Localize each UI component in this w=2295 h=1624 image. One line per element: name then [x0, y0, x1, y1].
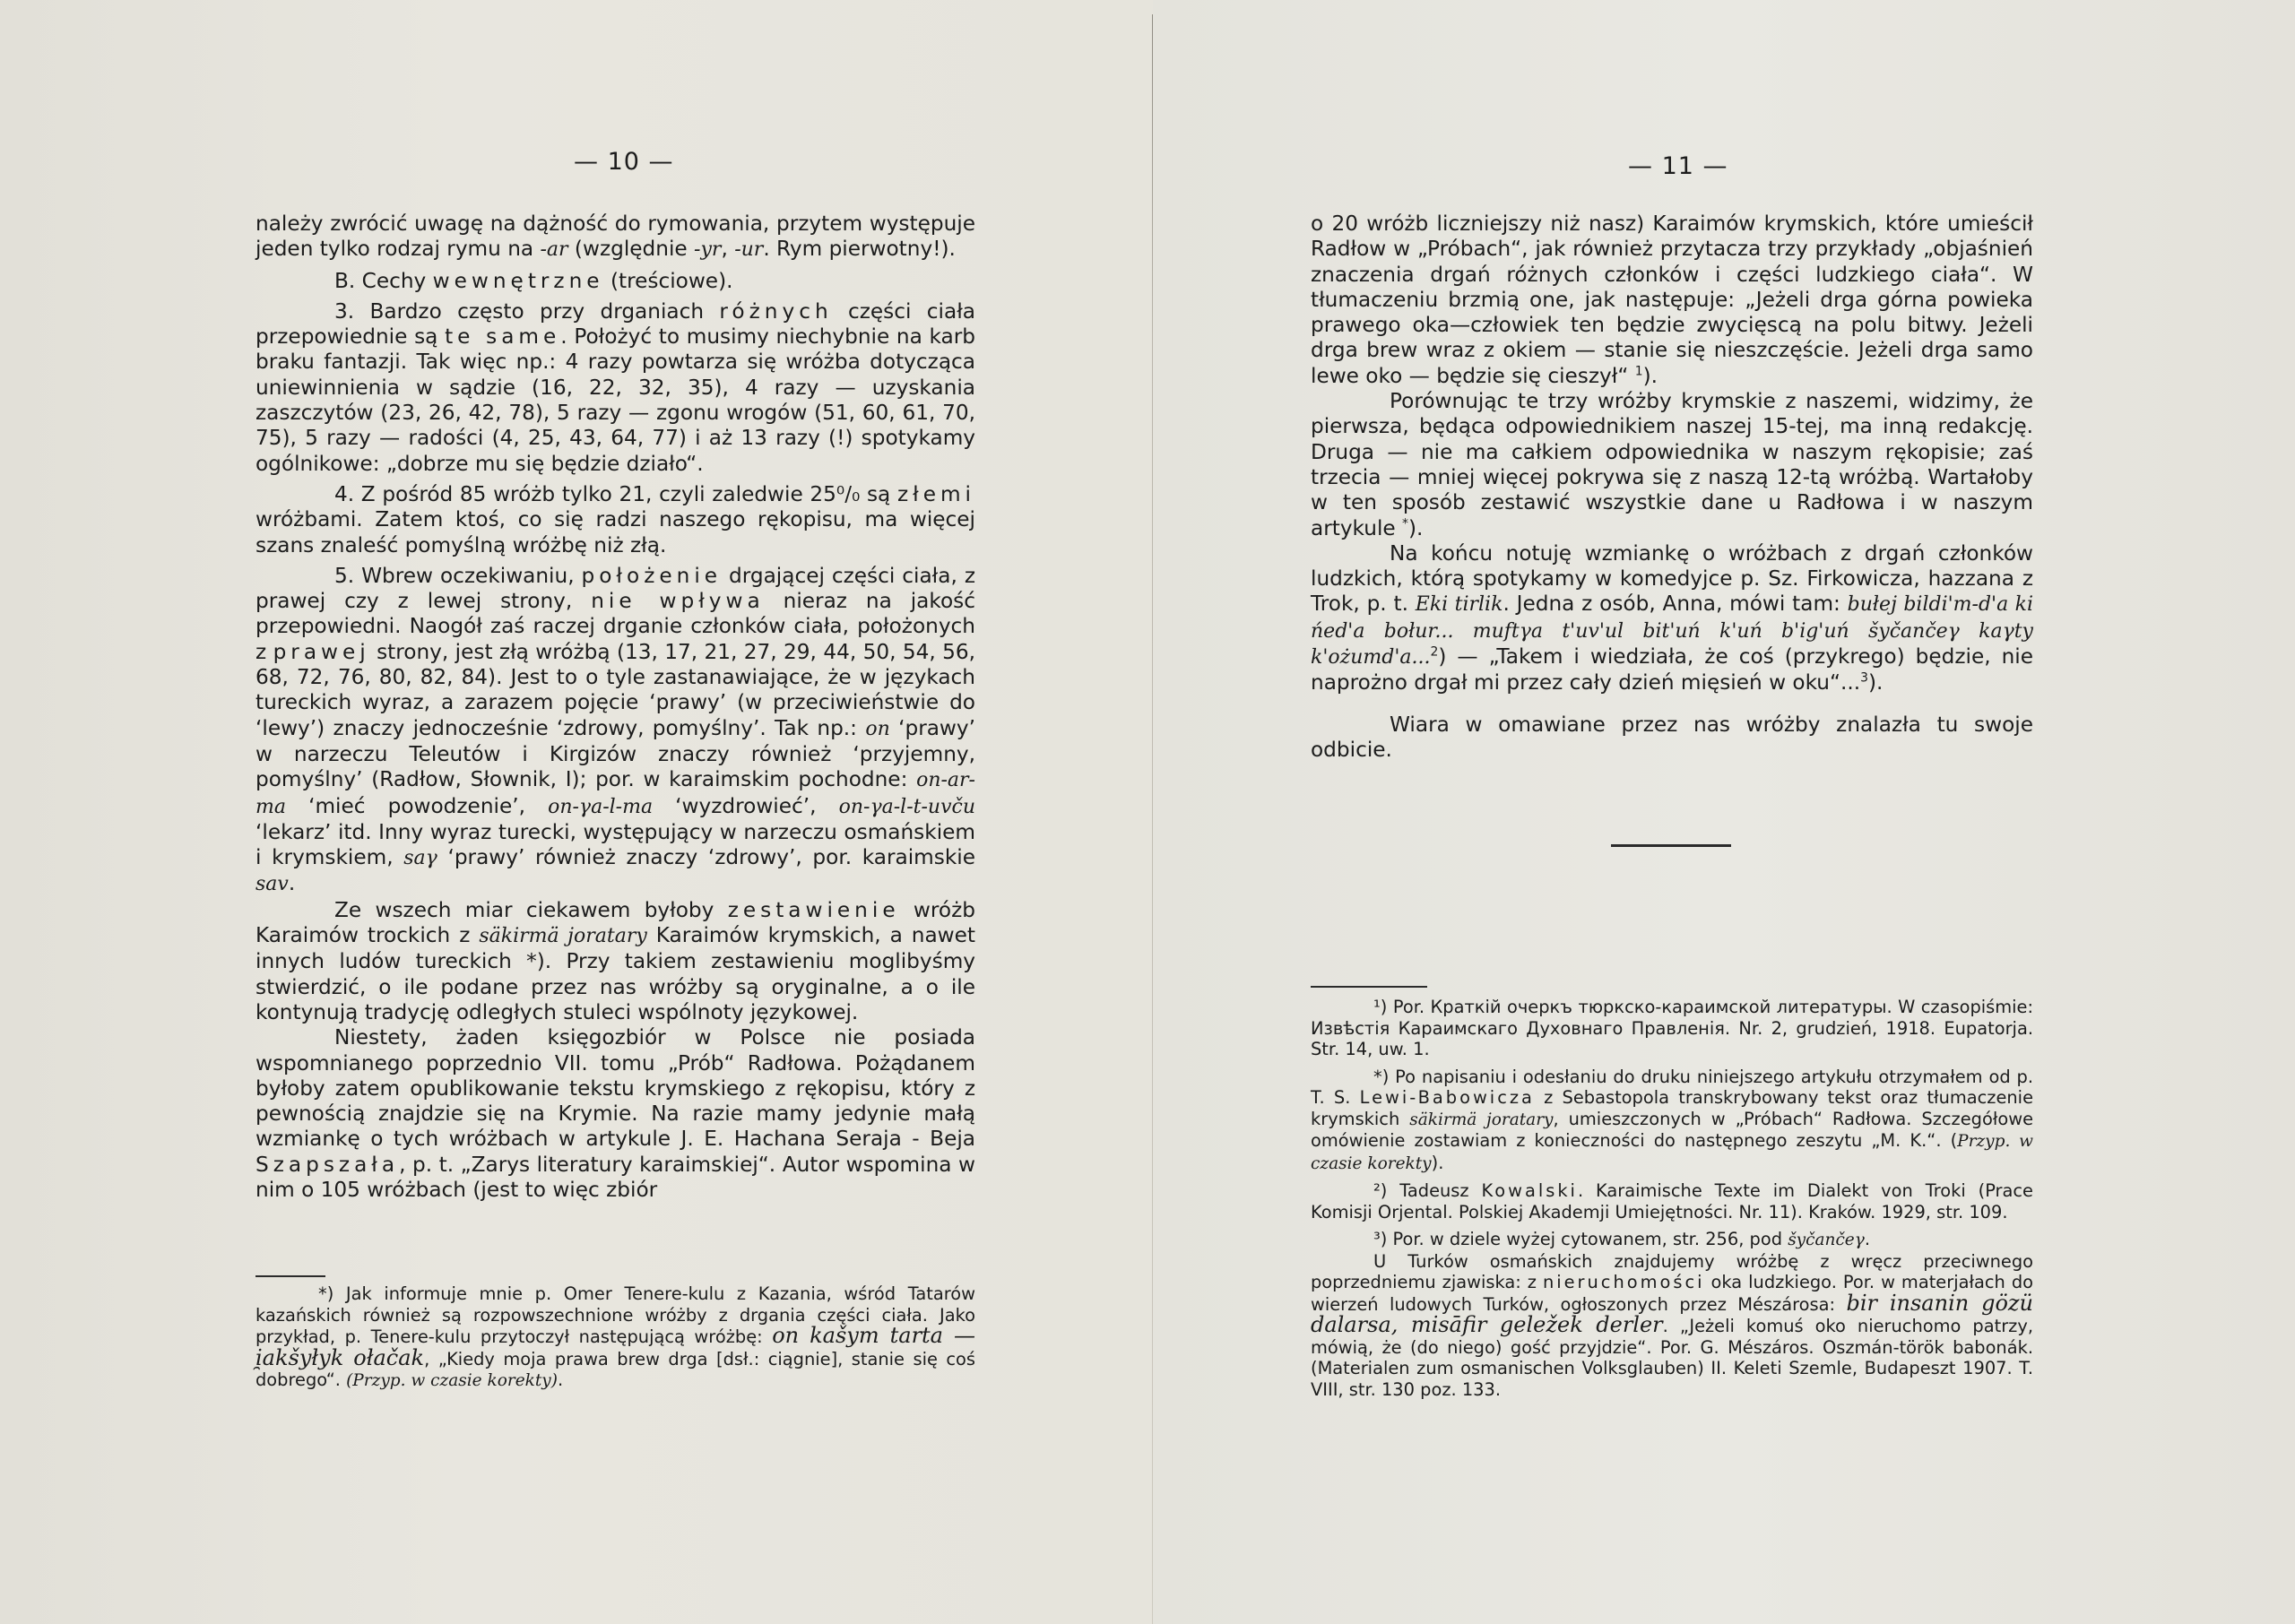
- paragraph: o 20 wróżb liczniejszy niż nasz) Karaimó…: [1311, 212, 2033, 389]
- footnote-star: *) Po napisaniu i odesłaniu do druku nin…: [1311, 1067, 2033, 1175]
- footnote: *) Jak informuje mnie p. Omer Tenere-kul…: [255, 1283, 975, 1392]
- footnote-separator: [1311, 986, 1427, 988]
- right-body-text: o 20 wróżb liczniejszy niż nasz) Karaimó…: [1311, 212, 2033, 763]
- paragraph: Porównując te trzy wróżby krymskie z nas…: [1311, 389, 2033, 541]
- left-footnotes: *) Jak informuje mnie p. Omer Tenere-kul…: [255, 1283, 975, 1398]
- right-footnotes: ¹) Por. Краткiй очеркъ тюркско-караимско…: [1311, 997, 2033, 1406]
- paragraph: Na końcu notuję wzmiankę o wróżbach z dr…: [1311, 541, 2033, 696]
- footnote-1: ¹) Por. Краткiй очеркъ тюркско-караимско…: [1311, 997, 2033, 1060]
- footnote-3-continued: U Turków osmańskich znajdujemy wróżbę z …: [1311, 1251, 2033, 1401]
- footnote-3: ³) Por. w dziele wyżej cytowanem, str. 2…: [1311, 1229, 2033, 1251]
- section-end-rule: [1611, 844, 1731, 847]
- left-page: — 10 — należy zwrócić uwagę na dążność d…: [0, 0, 1153, 1624]
- paragraph: Wiara w omawiane przez nas wróżby znalaz…: [1311, 713, 2033, 764]
- paragraph: 3. Bardzo często przy drganiach różnych …: [255, 299, 975, 477]
- paragraph: Ze wszech miar ciekawem byłoby zestawien…: [255, 898, 975, 1025]
- paragraph: Niestety, żaden księgozbiór w Polsce nie…: [255, 1025, 975, 1203]
- page-number-left: — 10 —: [574, 148, 674, 176]
- paragraph: 5. Wbrew oczekiwaniu, położenie drgające…: [255, 564, 975, 898]
- book-spread: — 10 — należy zwrócić uwagę na dążność d…: [0, 0, 2295, 1624]
- left-body-text: należy zwrócić uwagę na dążność do rymow…: [255, 212, 975, 1203]
- paragraph: należy zwrócić uwagę na dążność do rymow…: [255, 212, 975, 263]
- section-heading: B. Cechy wewnętrzne (treściowe).: [255, 269, 975, 294]
- footnote-separator: [255, 1275, 325, 1277]
- footnote-2: ²) Tadeusz Kowalski. Karaimische Texte i…: [1311, 1180, 2033, 1222]
- page-number-right: — 11 —: [1628, 152, 1728, 180]
- right-page: — 11 — o 20 wróżb liczniejszy niż nasz) …: [1153, 0, 2295, 1624]
- paragraph: 4. Z pośród 85 wróżb tylko 21, czyli zal…: [255, 482, 975, 558]
